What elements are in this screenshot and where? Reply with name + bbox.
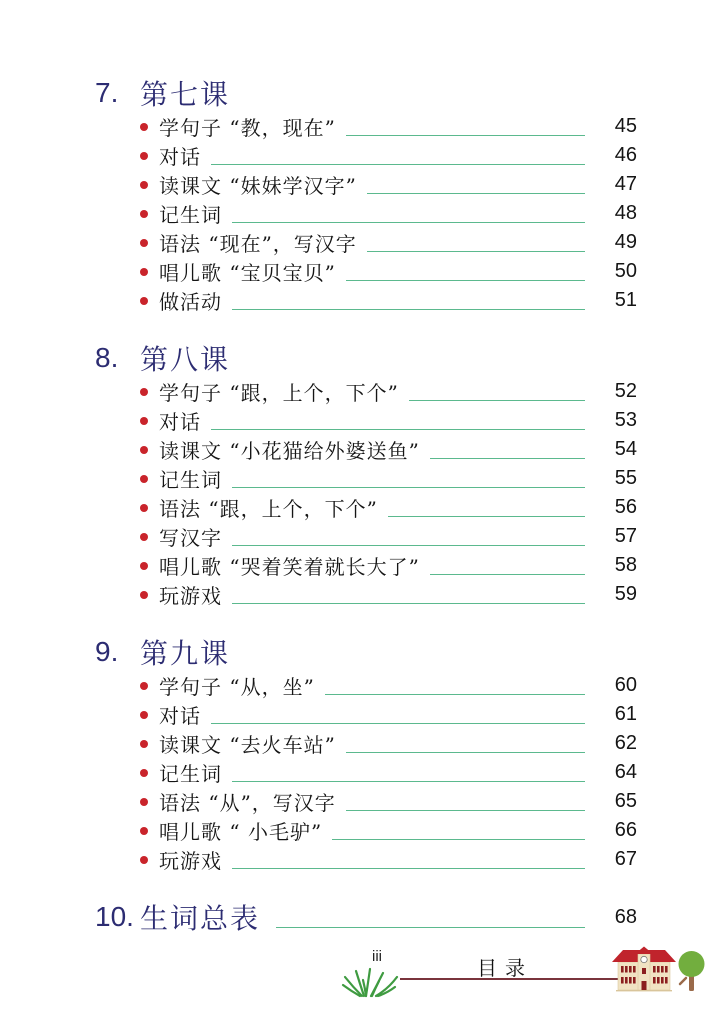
toc-item-page-number: 54 (599, 438, 637, 461)
section-heading: 7. 第七课 (95, 74, 637, 112)
leader-line (232, 545, 585, 546)
grass-icon (341, 967, 399, 999)
toc-item-label: 对话 (159, 141, 201, 170)
leader-line (346, 135, 585, 136)
section-heading: 8. 第八课 (95, 339, 637, 377)
leader-line (232, 603, 585, 604)
bullet-icon (140, 297, 148, 305)
toc-item: 对话 46 (140, 141, 637, 170)
toc-item: 语法 “跟，上个，下个” 56 (140, 493, 637, 522)
footer-illustration (612, 944, 708, 996)
toc-item: 记生词 48 (140, 199, 637, 228)
toc-item: 做活动 51 (140, 286, 637, 315)
bullet-icon (140, 417, 148, 425)
toc-item-page-number: 51 (599, 289, 637, 312)
toc-item-label: 记生词 (159, 464, 222, 493)
section-number: 8. (95, 342, 140, 374)
bullet-icon (140, 856, 148, 864)
toc-item-label: 玩游戏 (159, 580, 222, 609)
leader-line (276, 927, 585, 928)
toc-item-page-number: 60 (599, 674, 637, 697)
toc-item-page-number: 50 (599, 260, 637, 283)
toc-item: 记生词 64 (140, 758, 637, 787)
toc-item: 写汉字 57 (140, 522, 637, 551)
toc-item-label: 做活动 (159, 286, 222, 315)
toc-item-label: 记生词 (159, 758, 222, 787)
toc-item: 学句子 “跟，上个，下个” 52 (140, 377, 637, 406)
table-of-contents: 7. 第七课 学句子 “教，现在” 45 对话 46 读课文 “妹妹学汉字” 4… (95, 74, 637, 936)
toc-item-page-number: 46 (599, 144, 637, 167)
section-page-number: 68 (599, 906, 637, 929)
toc-item-label: 学句子 “跟，上个，下个” (159, 377, 399, 406)
toc-item: 对话 53 (140, 406, 637, 435)
bullet-icon (140, 682, 148, 690)
toc-item-page-number: 56 (599, 496, 637, 519)
leader-line (211, 164, 585, 165)
toc-item: 唱儿歌 “哭着笑着就长大了” 58 (140, 551, 637, 580)
toc-item: 读课文 “去火车站” 62 (140, 729, 637, 758)
leader-line (346, 280, 585, 281)
section-number: 10. (95, 901, 140, 933)
bullet-icon (140, 798, 148, 806)
toc-item: 玩游戏 59 (140, 580, 637, 609)
bullet-icon (140, 504, 148, 512)
leader-line (332, 839, 585, 840)
leader-line (367, 251, 585, 252)
toc-item-page-number: 67 (599, 848, 637, 871)
toc-section: 7. 第七课 学句子 “教，现在” 45 对话 46 读课文 “妹妹学汉字” 4… (95, 74, 637, 315)
section-number: 9. (95, 636, 140, 668)
toc-item-page-number: 66 (599, 819, 637, 842)
bullet-icon (140, 740, 148, 748)
bullet-icon (140, 210, 148, 218)
bullet-icon (140, 769, 148, 777)
bullet-icon (140, 475, 148, 483)
toc-section: 8. 第八课 学句子 “跟，上个，下个” 52 对话 53 读课文 “小花猫给外… (95, 339, 637, 609)
leader-line (232, 781, 585, 782)
toc-item: 读课文 “妹妹学汉字” 47 (140, 170, 637, 199)
toc-item-page-number: 49 (599, 231, 637, 254)
leader-line (211, 723, 585, 724)
toc-item-label: 学句子 “从，坐” (159, 671, 315, 700)
toc-item-label: 读课文 “小花猫给外婆送鱼” (159, 435, 420, 464)
toc-item-label: 语法 “现在”，写汉字 (159, 228, 357, 257)
toc-item-label: 对话 (159, 700, 201, 729)
leader-line (388, 516, 585, 517)
leader-line (232, 868, 585, 869)
section-items: 学句子 “跟，上个，下个” 52 对话 53 读课文 “小花猫给外婆送鱼” 54… (140, 377, 637, 609)
leader-line (409, 400, 585, 401)
footer-section-title: 目录 (400, 952, 610, 981)
tree-icon (679, 951, 705, 991)
toc-item-label: 唱儿歌 “宝贝宝贝” (159, 257, 336, 286)
toc-item-label: 玩游戏 (159, 845, 222, 874)
toc-item-label: 唱儿歌 “哭着笑着就长大了” (159, 551, 420, 580)
bullet-icon (140, 239, 148, 247)
leader-line (346, 752, 585, 753)
toc-item: 读课文 “小花猫给外婆送鱼” 54 (140, 435, 637, 464)
bullet-icon (140, 827, 148, 835)
bullet-icon (140, 123, 148, 131)
toc-item-page-number: 61 (599, 703, 637, 726)
bullet-icon (140, 268, 148, 276)
bullet-icon (140, 591, 148, 599)
footer-rule-line (400, 978, 633, 980)
bullet-icon (140, 562, 148, 570)
leader-line (232, 309, 585, 310)
toc-item-label: 语法 “跟，上个，下个” (159, 493, 378, 522)
toc-item-label: 写汉字 (159, 522, 222, 551)
toc-item-label: 学句子 “教，现在” (159, 112, 336, 141)
leader-line (430, 458, 585, 459)
bullet-icon (140, 446, 148, 454)
leader-line (325, 694, 585, 695)
leader-line (367, 193, 585, 194)
toc-item-label: 记生词 (159, 199, 222, 228)
toc-item-label: 对话 (159, 406, 201, 435)
section-heading: 10. 生词总表 68 (95, 898, 637, 936)
toc-item: 记生词 55 (140, 464, 637, 493)
leader-line (430, 574, 585, 575)
toc-item-page-number: 62 (599, 732, 637, 755)
bullet-icon (140, 388, 148, 396)
leader-line (346, 810, 585, 811)
toc-item: 唱儿歌 “ 小毛驴” 66 (140, 816, 637, 845)
section-title: 第九课 (140, 632, 230, 672)
section-number: 7. (95, 77, 140, 109)
section-items: 学句子 “从，坐” 60 对话 61 读课文 “去火车站” 62 记生词 64 … (140, 671, 637, 874)
toc-item-page-number: 47 (599, 173, 637, 196)
toc-item: 语法 “现在”，写汉字 49 (140, 228, 637, 257)
toc-item: 语法 “从”，写汉字 65 (140, 787, 637, 816)
section-title: 第七课 (140, 73, 230, 113)
bullet-icon (140, 711, 148, 719)
page-number: iii (347, 948, 407, 965)
toc-item-page-number: 57 (599, 525, 637, 548)
toc-section: 9. 第九课 学句子 “从，坐” 60 对话 61 读课文 “去火车站” 62 … (95, 633, 637, 874)
section-heading: 9. 第九课 (95, 633, 637, 671)
toc-item-page-number: 58 (599, 554, 637, 577)
toc-item: 学句子 “从，坐” 60 (140, 671, 637, 700)
toc-item-page-number: 48 (599, 202, 637, 225)
toc-item-label: 唱儿歌 “ 小毛驴” (159, 816, 322, 845)
section-items: 学句子 “教，现在” 45 对话 46 读课文 “妹妹学汉字” 47 记生词 4… (140, 112, 637, 315)
toc-item-page-number: 65 (599, 790, 637, 813)
toc-item-label: 语法 “从”，写汉字 (159, 787, 336, 816)
section-title: 生词总表 (140, 897, 260, 937)
leader-line (232, 222, 585, 223)
leader-line (232, 487, 585, 488)
toc-item: 唱儿歌 “宝贝宝贝” 50 (140, 257, 637, 286)
toc-item-label: 读课文 “去火车站” (159, 729, 336, 758)
toc-item-page-number: 52 (599, 380, 637, 403)
toc-item: 对话 61 (140, 700, 637, 729)
toc-item-label: 读课文 “妹妹学汉字” (159, 170, 357, 199)
school-building-icon (612, 947, 676, 992)
toc-item-page-number: 45 (599, 115, 637, 138)
toc-item-page-number: 64 (599, 761, 637, 784)
toc-item-page-number: 53 (599, 409, 637, 432)
toc-item: 玩游戏 67 (140, 845, 637, 874)
bullet-icon (140, 181, 148, 189)
bullet-icon (140, 152, 148, 160)
leader-line (211, 429, 585, 430)
toc-item: 学句子 “教，现在” 45 (140, 112, 637, 141)
section-title: 第八课 (140, 338, 230, 378)
toc-item-page-number: 55 (599, 467, 637, 490)
toc-item-page-number: 59 (599, 583, 637, 606)
bullet-icon (140, 533, 148, 541)
toc-section: 10. 生词总表 68 (95, 898, 637, 936)
